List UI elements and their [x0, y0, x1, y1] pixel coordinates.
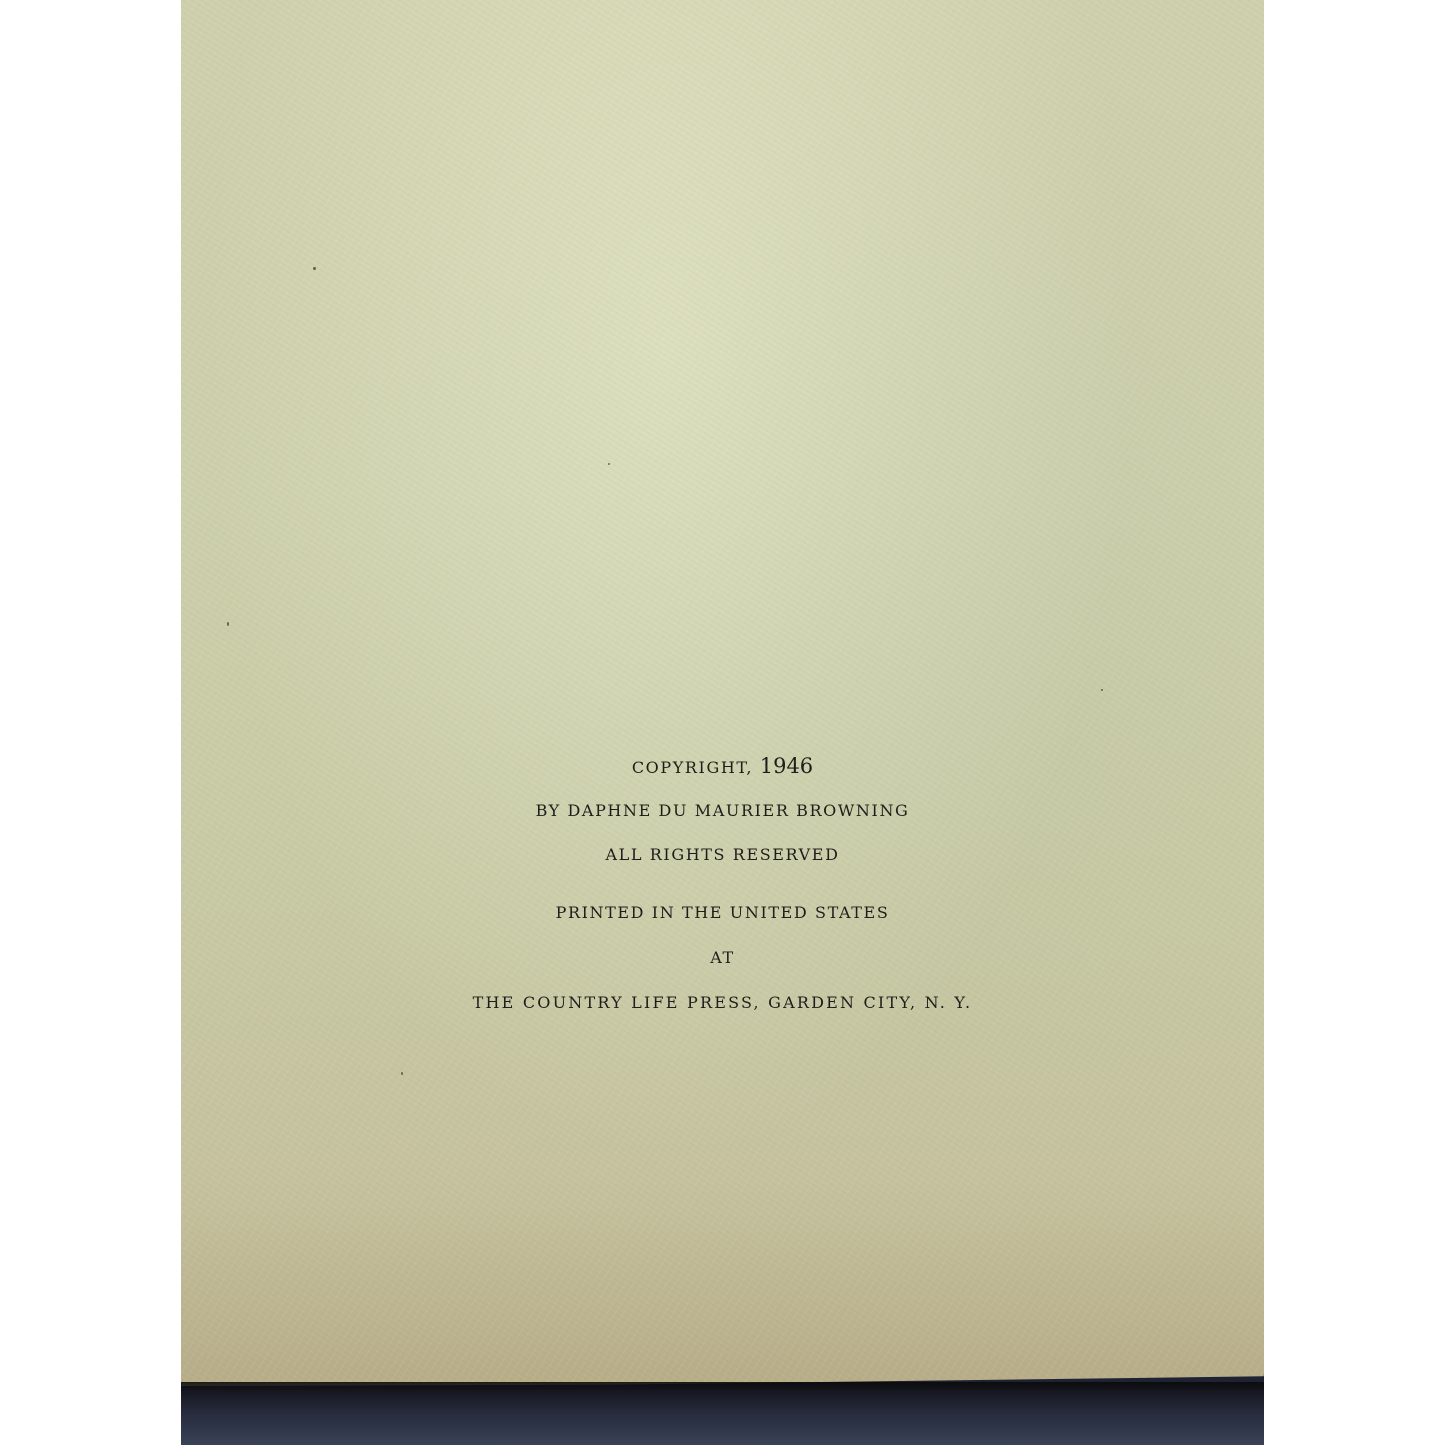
paper-page: COPYRIGHT, 1946 BY DAPHNE DU MAURIER BRO…: [181, 0, 1264, 1386]
paper-speck: [608, 463, 610, 465]
book-cover-board: [181, 1390, 1264, 1445]
rights-line: ALL RIGHTS RESERVED: [181, 845, 1264, 865]
book-page-photo: COPYRIGHT, 1946 BY DAPHNE DU MAURIER BRO…: [181, 0, 1264, 1445]
copyright-imprint: COPYRIGHT, 1946 BY DAPHNE DU MAURIER BRO…: [181, 756, 1264, 1013]
copyright-label: COPYRIGHT,: [632, 758, 760, 777]
author-line: BY DAPHNE DU MAURIER BROWNING: [181, 801, 1264, 821]
at-line: AT: [181, 948, 1264, 968]
paper-speck: [227, 622, 229, 626]
paper-speck: [1101, 689, 1103, 691]
copyright-line: COPYRIGHT, 1946: [181, 756, 1264, 778]
printed-line: PRINTED IN THE UNITED STATES: [181, 903, 1264, 923]
paper-speck: [401, 1072, 403, 1075]
paper-speck: [313, 267, 316, 270]
copyright-year: 1946: [760, 754, 813, 778]
press-line: THE COUNTRY LIFE PRESS, GARDEN CITY, N. …: [181, 993, 1264, 1013]
